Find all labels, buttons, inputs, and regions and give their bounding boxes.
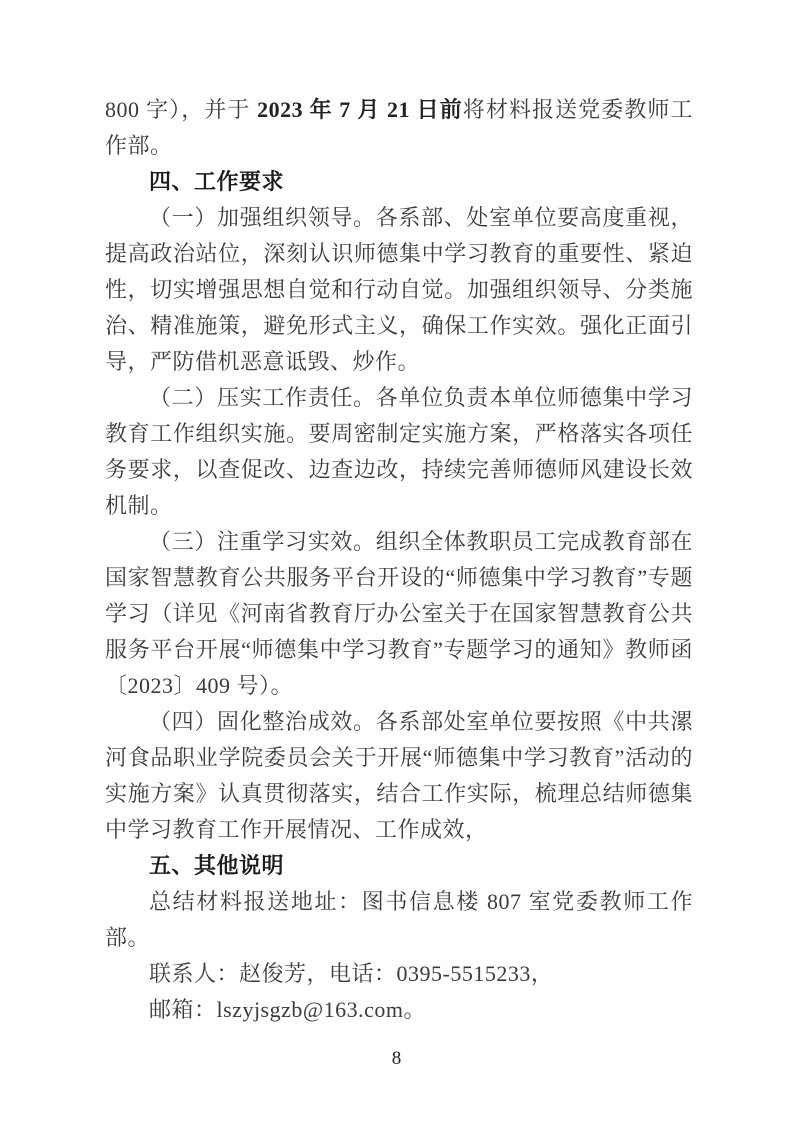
section-heading-other-notes: 五、其他说明: [105, 848, 693, 884]
paragraph-item-2: （二）压实工作责任。各单位负责本单位师德集中学习教育工作组织实施。要周密制定实施…: [105, 380, 693, 524]
document-body: 800 字），并于 2023 年 7 月 21 日前将材料报送党委教师工作部。 …: [105, 92, 693, 1028]
continuation-paragraph: 800 字），并于 2023 年 7 月 21 日前将材料报送党委教师工作部。: [105, 92, 693, 164]
section-heading-work-requirements: 四、工作要求: [105, 164, 693, 200]
paragraph-item-1: （一）加强组织领导。各系部、处室单位要高度重视，提高政治站位，深刻认识师德集中学…: [105, 200, 693, 380]
page-number: 8: [0, 1048, 793, 1070]
paragraph-item-4: （四）固化整治成效。各系部处室单位要按照《中共漯河食品职业学院委员会关于开展“师…: [105, 704, 693, 848]
deadline-date-bold: 2023 年 7 月 21 日前: [257, 97, 463, 122]
paragraph-item-3: （三）注重学习实效。组织全体教职员工完成教育部在国家智慧教育公共服务平台开设的“…: [105, 524, 693, 704]
continuation-text-pre: 800 字），并于: [105, 97, 257, 122]
document-page: 800 字），并于 2023 年 7 月 21 日前将材料报送党委教师工作部。 …: [0, 0, 793, 1122]
contact-person-line: 联系人：赵俊芳，电话：0395-5515233，: [105, 956, 693, 992]
submission-address-line: 总结材料报送地址：图书信息楼 807 室党委教师工作部。: [105, 884, 693, 956]
contact-email-line: 邮箱：lszyjsgzb@163.com。: [105, 992, 693, 1028]
